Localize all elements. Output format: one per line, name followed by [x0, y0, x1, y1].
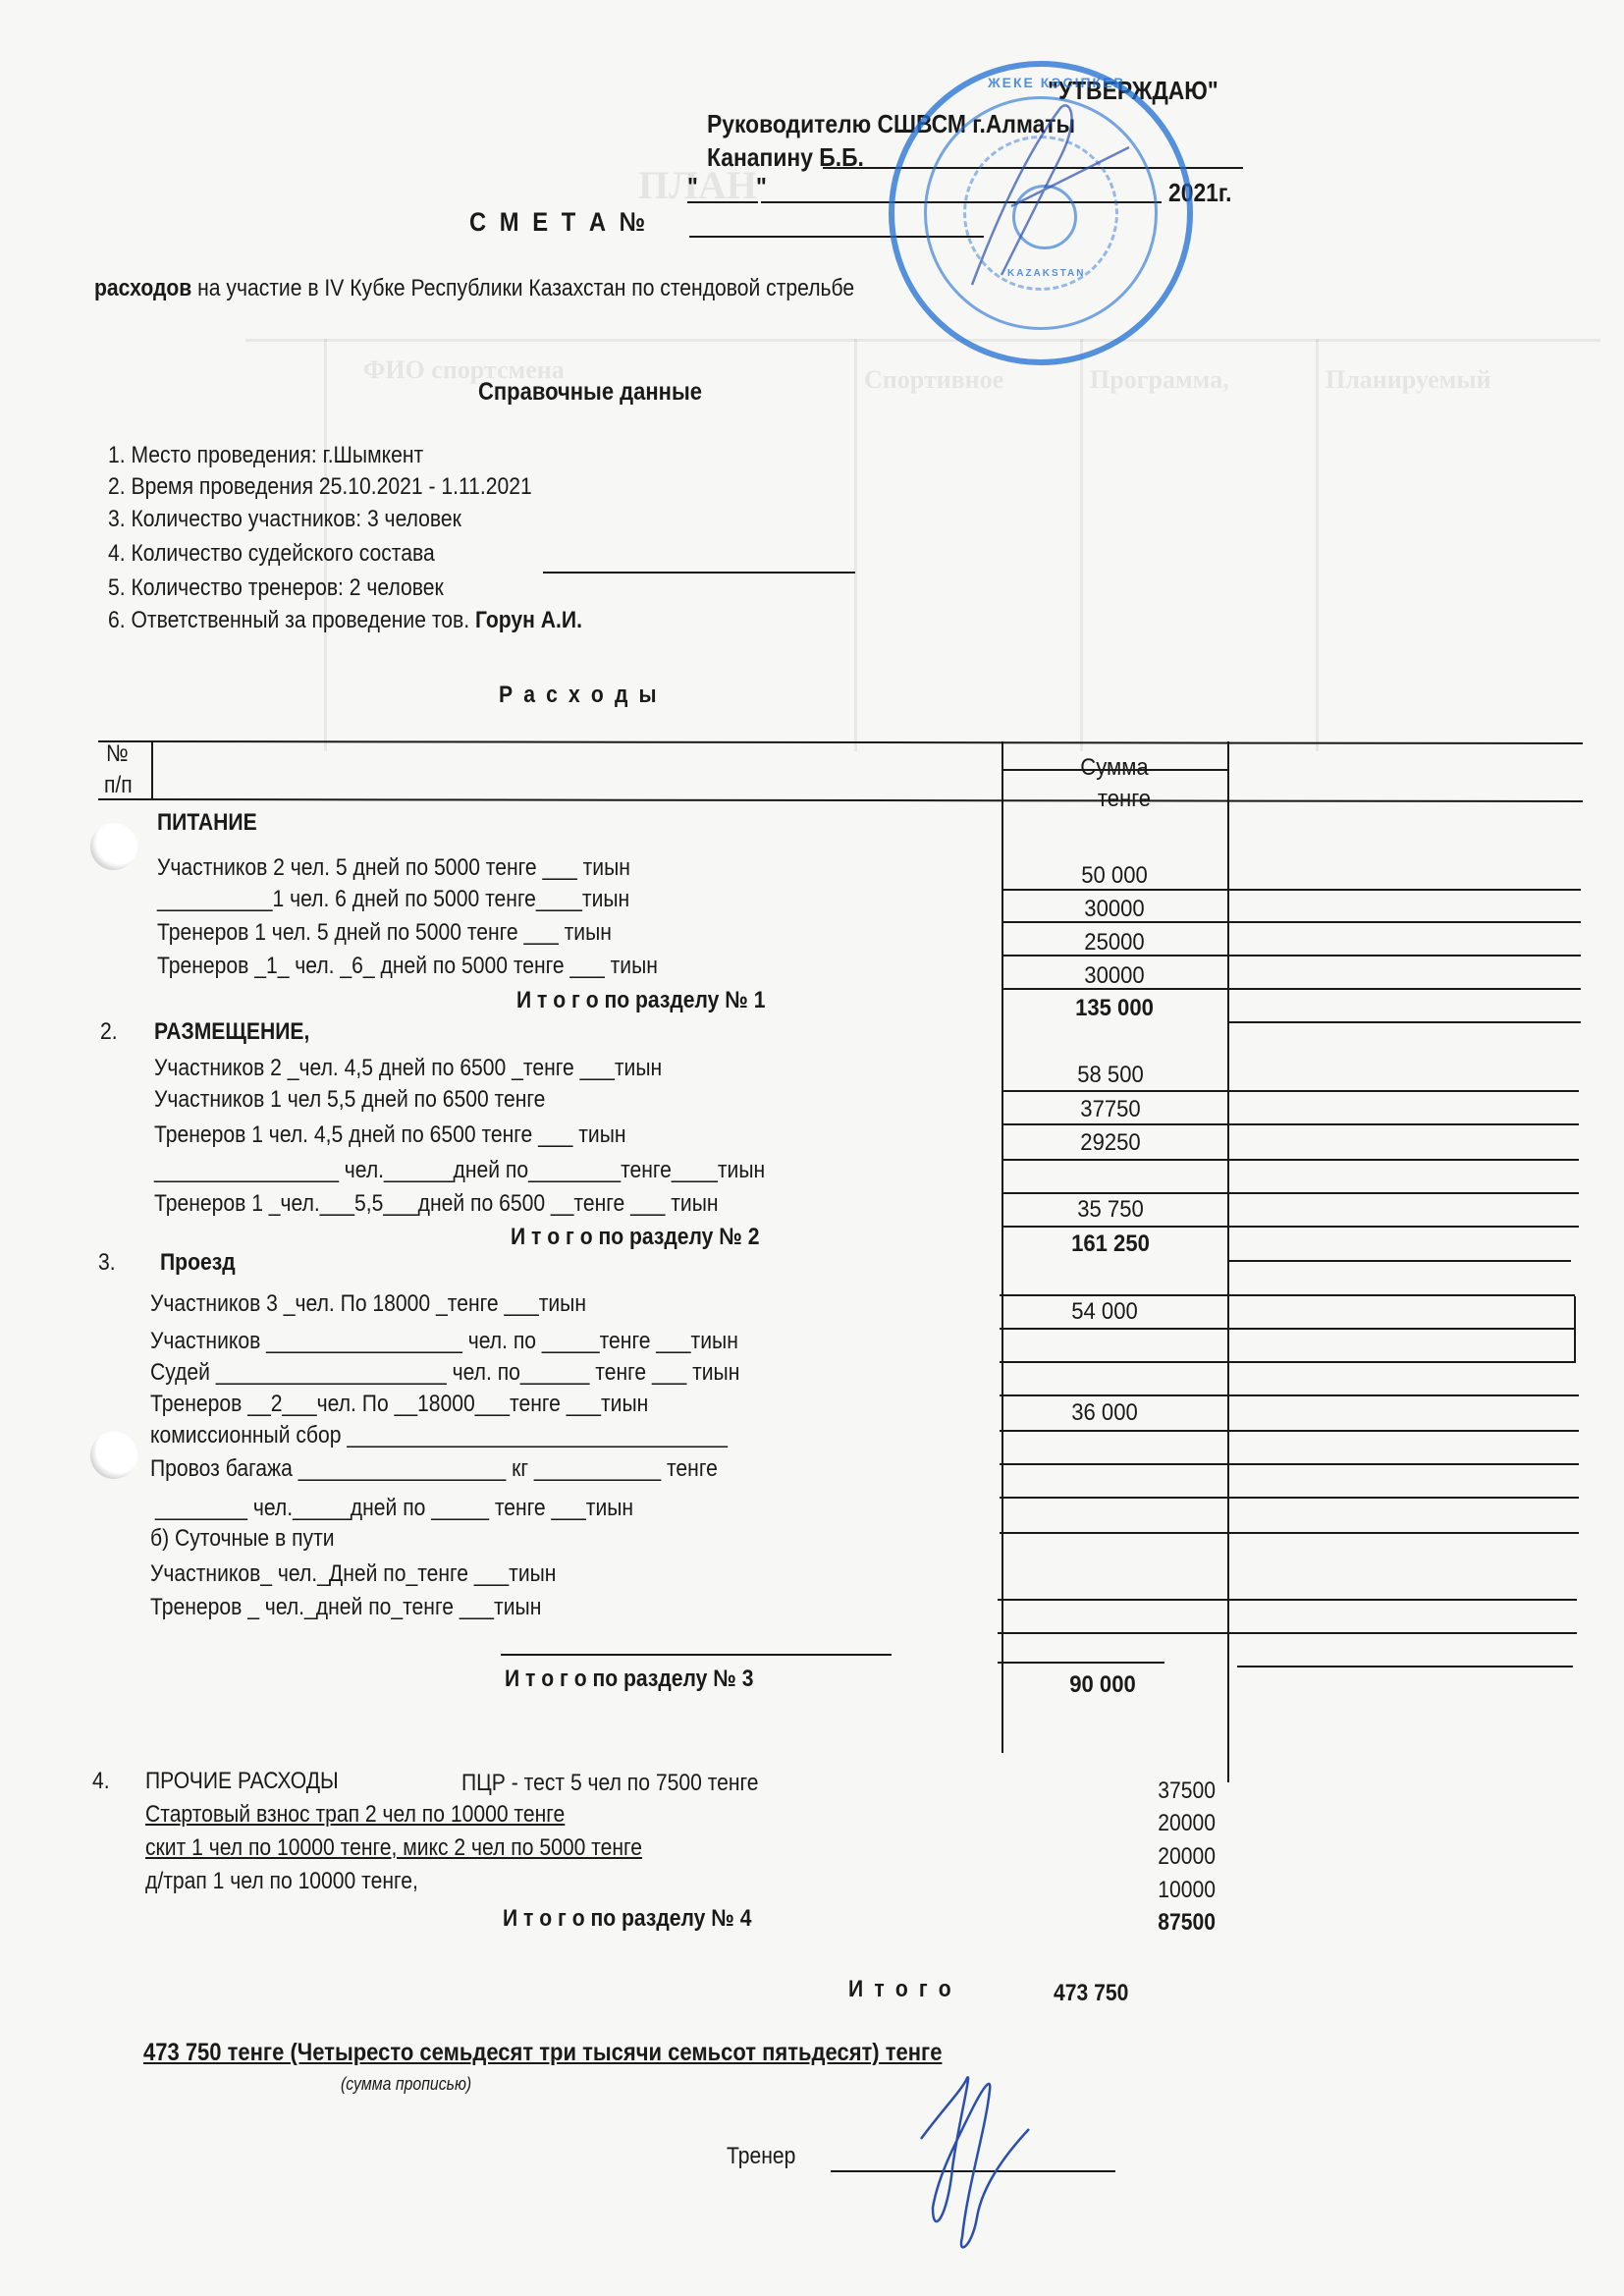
section-line: Участников _________________ чел. по ___…	[150, 1328, 738, 1355]
expenses-heading: Р а с х о д ы	[499, 682, 659, 709]
section-line: Участников 1 чел 5,5 дней по 6500 тенге	[154, 1086, 545, 1114]
amount-cell: 36 000	[1001, 1399, 1209, 1427]
section-number: 2.	[100, 1018, 118, 1046]
page-title: С М Е Т А №	[469, 208, 649, 236]
grand-total-label: И т о г о	[848, 1976, 953, 2003]
section-total-amount: 135 000	[1010, 995, 1218, 1022]
section-line: Тренеров __2___чел. По __18000___тенге _…	[150, 1391, 648, 1418]
section-line: Тренеров _1_ чел. _6_ дней по 5000 тенге…	[157, 953, 658, 980]
bleed-through-line	[854, 339, 857, 751]
section3-total-rule	[501, 1654, 892, 1656]
section-line: Участников 2 _чел. 4,5 дней по 6500 _тен…	[154, 1055, 662, 1082]
bleed-through-text: Планируемый	[1326, 365, 1491, 395]
reference-item: 3. Количество участников: 3 человек	[108, 506, 461, 533]
reference-item: 2. Время проведения 25.10.2021 - 1.11.20…	[108, 473, 532, 501]
section-line: Участников_ чел._Дней по_тенге ___тиын	[150, 1560, 556, 1588]
section-title: РАЗМЕЩЕНИЕ,	[154, 1018, 309, 1046]
date-day-line	[687, 201, 758, 203]
reference-item-label: 6. Ответственный за проведение тов.	[108, 607, 475, 633]
section-line: б) Суточные в пути	[150, 1525, 335, 1553]
section-line: ________________ чел.______дней по______…	[154, 1157, 765, 1184]
table-header-bottom-border	[98, 798, 1583, 802]
table-row-rule	[1000, 1361, 1575, 1363]
amount-cell: 30000	[1010, 896, 1218, 923]
signature-icon	[913, 2070, 1041, 2257]
num-header-label: п/п	[104, 772, 133, 799]
section-line: Тренеров 1 _чел.___5,5___дней по 6500 __…	[154, 1190, 719, 1218]
section-number: 3.	[98, 1249, 116, 1277]
section-line: д/трап 1 чел по 10000 тенге,	[145, 1868, 418, 1895]
table-row-rule	[1001, 1192, 1579, 1194]
section-title: ПИТАНИЕ	[157, 809, 257, 837]
punch-hole	[90, 823, 137, 870]
table-row-rule	[1227, 1021, 1581, 1023]
judges-count-blank	[543, 572, 855, 574]
num-header-label: №	[106, 740, 129, 768]
table-row-rule	[998, 1632, 1577, 1634]
section-total-label: И т о г о по разделу № 3	[505, 1666, 753, 1693]
bleed-through-line	[245, 339, 1600, 342]
amount-cell: 54 000	[1001, 1298, 1209, 1326]
table-row-rule	[1000, 1294, 1575, 1296]
in-words-caption: (сумма прописью)	[341, 2070, 471, 2098]
amount-cell: 35 750	[1006, 1196, 1215, 1224]
amount-cell: 29250	[1006, 1129, 1215, 1157]
section-line: __________1 чел. 6 дней по 5000 тенге___…	[157, 886, 629, 913]
reference-item: 6. Ответственный за проведение тов. Гору…	[108, 607, 582, 634]
section-number: 4.	[92, 1768, 110, 1795]
table-row-rule	[1000, 1463, 1579, 1465]
section-total-label: И т о г о по разделу № 4	[503, 1905, 751, 1933]
section-line: Участников 2 чел. 5 дней по 5000 тенге _…	[157, 854, 630, 882]
table-row-rule	[998, 1662, 1164, 1664]
reference-item: 5. Количество тренеров: 2 человек	[108, 574, 444, 602]
punch-hole	[90, 1432, 137, 1479]
amount-cell: 50 000	[1010, 862, 1218, 890]
section-total-amount: 87500	[1111, 1909, 1216, 1937]
sum-header-label: Сумма	[1010, 754, 1218, 782]
section-line: скит 1 чел по 10000 тенге, микс 2 чел по…	[145, 1834, 642, 1862]
amount-cell: 25000	[1010, 929, 1218, 957]
table-row-rule	[1237, 1666, 1573, 1667]
amount-cell: 20000	[1111, 1843, 1216, 1871]
amount-cell: 37750	[1006, 1096, 1215, 1123]
reference-item: 4. Количество судейского состава	[108, 540, 435, 568]
grand-total-value: 473 750	[1054, 1980, 1128, 2007]
section-line: комиссионный сбор ______________________…	[150, 1422, 728, 1449]
amount-cell: 30000	[1010, 962, 1218, 990]
grand-total-in-words: 473 750 тенге (Четыресто семьдесят три т…	[143, 2039, 942, 2066]
table-row-rule	[1001, 1123, 1579, 1125]
page-subtitle: расходов на участие в IV Кубке Республик…	[94, 275, 854, 302]
sum-column-right-border	[1227, 741, 1229, 1782]
amount-cell: 37500	[1111, 1777, 1216, 1805]
reference-heading: Справочные данные	[478, 378, 702, 406]
table-row-rule	[1001, 1159, 1579, 1161]
section-line: Тренеров 1 чел. 5 дней по 5000 тенге ___…	[157, 919, 612, 947]
section-line: Тренеров _ чел._дней по_тенге ___тиын	[150, 1594, 541, 1621]
approval-signature-icon	[943, 88, 1139, 304]
sum-column-left-border	[1001, 741, 1003, 1753]
table-row-rule	[998, 1599, 1577, 1601]
bleed-through-text: Программа,	[1090, 365, 1229, 395]
table-top-border	[98, 740, 1583, 744]
table-row-rule	[1000, 1394, 1579, 1396]
section-line: Судей ____________________ чел. по______…	[150, 1359, 739, 1387]
table-row-rule	[1574, 1296, 1576, 1363]
section-line: Стартовый взнос трап 2 чел по 10000 тенг…	[145, 1801, 565, 1829]
section-total-amount: 90 000	[999, 1671, 1207, 1699]
section-total-label: И т о г о по разделу № 2	[511, 1224, 759, 1251]
amount-cell: 20000	[1111, 1810, 1216, 1837]
section-total-amount: 161 250	[1006, 1230, 1215, 1258]
subtitle-bold: расходов	[94, 275, 191, 301]
section-line: ПЦР - тест 5 чел по 7500 тенге	[461, 1770, 759, 1797]
section-title: ПРОЧИЕ РАСХОДЫ	[145, 1768, 339, 1795]
date-quote-close: "	[756, 173, 767, 200]
table-row-rule	[1000, 1532, 1579, 1534]
section-line: Провоз багажа __________________ кг ____…	[150, 1455, 718, 1483]
reference-item: 1. Место проведения: г.Шымкент	[108, 442, 423, 469]
bleed-through-text: Спортивное	[864, 365, 1003, 395]
signature-role: Тренер	[727, 2143, 795, 2170]
bleed-through-line	[1316, 339, 1319, 751]
amount-cell: 10000	[1111, 1877, 1216, 1904]
section-line: ________ чел._____дней по _____ тенге __…	[155, 1495, 633, 1522]
table-row-rule	[1001, 1090, 1579, 1092]
date-quote-open: "	[687, 173, 698, 200]
num-column-divider	[151, 741, 153, 800]
section-total-label: И т о г о по разделу № 1	[516, 987, 765, 1014]
section-line: Участников 3 _чел. По 18000 _тенге ___ти…	[150, 1290, 586, 1318]
table-row-rule	[1227, 1260, 1571, 1262]
subtitle-rest: на участие в IV Кубке Республики Казахст…	[191, 275, 854, 301]
bleed-through-line	[1080, 339, 1083, 751]
table-row-rule	[1000, 1430, 1579, 1432]
section-line: Тренеров 1 чел. 4,5 дней по 6500 тенге _…	[154, 1121, 626, 1149]
table-row-rule	[1000, 1497, 1579, 1499]
table-row-rule	[1001, 1226, 1579, 1228]
table-row-rule	[1000, 1328, 1575, 1330]
responsible-name: Горун А.И.	[475, 607, 582, 633]
sum-header-label: тенге	[1020, 786, 1228, 813]
amount-cell: 58 500	[1006, 1062, 1215, 1089]
section-title: Проезд	[160, 1249, 236, 1277]
